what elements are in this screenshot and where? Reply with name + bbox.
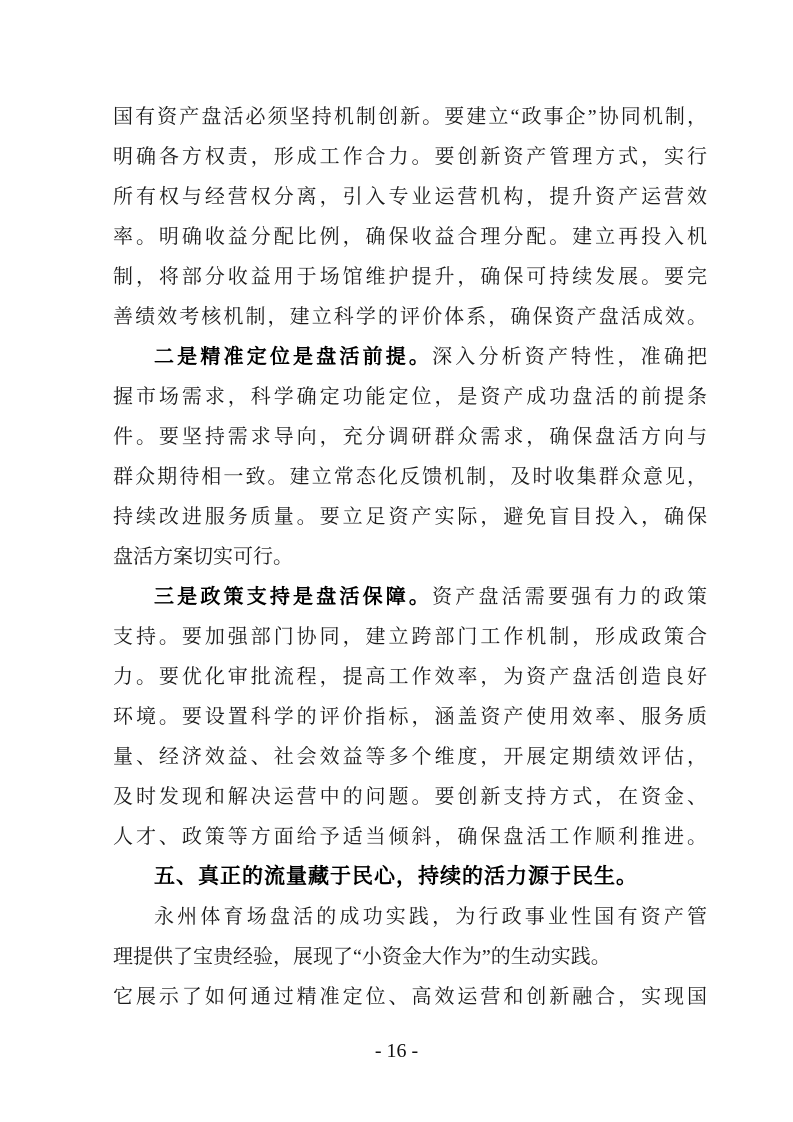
text-line: 它展示了如何通过精准定位、高效运营和创新融合，实现国 (113, 977, 707, 1017)
text-line: 量、经济效益、社会效益等多个维度，开展定期绩效评估， (113, 737, 707, 777)
page-number: - 16 - (0, 1036, 793, 1066)
section-heading: 五、真正的流量藏于民心，持续的活力源于民生。 (113, 857, 707, 897)
text-line: 件。要坚持需求导向，充分调研群众需求，确保盘活方向与 (113, 417, 707, 457)
text-line: 持续改进服务质量。要立足资产实际，避免盲目投入，确保 (113, 497, 707, 537)
text-line: 群众期待相一致。建立常态化反馈机制，及时收集群众意见， (113, 457, 707, 497)
text-lines: 国有资产盘活必须坚持机制创新。要建立“政事企”协同机制，明确各方权责，形成工作合… (113, 97, 707, 1017)
paragraph-lead: 二是精准定位是盘活前提。 (154, 346, 432, 368)
text-line: 环境。要设置科学的评价指标，涵盖资产使用效率、服务质 (113, 697, 707, 737)
text-line: 所有权与经营权分离，引入专业运营机构，提升资产运营效 (113, 177, 707, 217)
document-page: 国有资产盘活必须坚持机制创新。要建立“政事企”协同机制，明确各方权责，形成工作合… (0, 0, 793, 1122)
text-line: 及时发现和解决运营中的问题。要创新支持方式，在资金、 (113, 777, 707, 817)
text-line: 理提供了宝贵经验，展现了“小资金大作为”的生动实践。 (113, 937, 707, 977)
text-line: 支持。要加强部门协同，建立跨部门工作机制，形成政策合 (113, 617, 707, 657)
text-line: 握市场需求，科学确定功能定位，是资产成功盘活的前提条 (113, 377, 707, 417)
text-line: 人才、政策等方面给予适当倾斜，确保盘活工作顺利推进。 (113, 817, 707, 857)
text-line: 率。明确收益分配比例，确保收益合理分配。建立再投入机 (113, 217, 707, 257)
text-line: 制，将部分收益用于场馆维护提升，确保可持续发展。要完 (113, 257, 707, 297)
text-line: 善绩效考核机制，建立科学的评价体系，确保资产盘活成效。 (113, 297, 707, 337)
text-line: 明确各方权责，形成工作合力。要创新资产管理方式，实行 (113, 137, 707, 177)
text-line: 永州体育场盘活的成功实践，为行政事业性国有资产管 (113, 897, 707, 937)
text-line: 力。要优化审批流程，提高工作效率，为资产盘活创造良好 (113, 657, 707, 697)
text-line: 二是精准定位是盘活前提。深入分析资产特性，准确把 (113, 337, 707, 377)
text-line: 盘活方案切实可行。 (113, 537, 707, 577)
text-line: 三是政策支持是盘活保障。资产盘活需要强有力的政策 (113, 577, 707, 617)
paragraph-lead: 三是政策支持是盘活保障。 (154, 586, 432, 608)
text-line: 国有资产盘活必须坚持机制创新。要建立“政事企”协同机制， (113, 97, 707, 137)
